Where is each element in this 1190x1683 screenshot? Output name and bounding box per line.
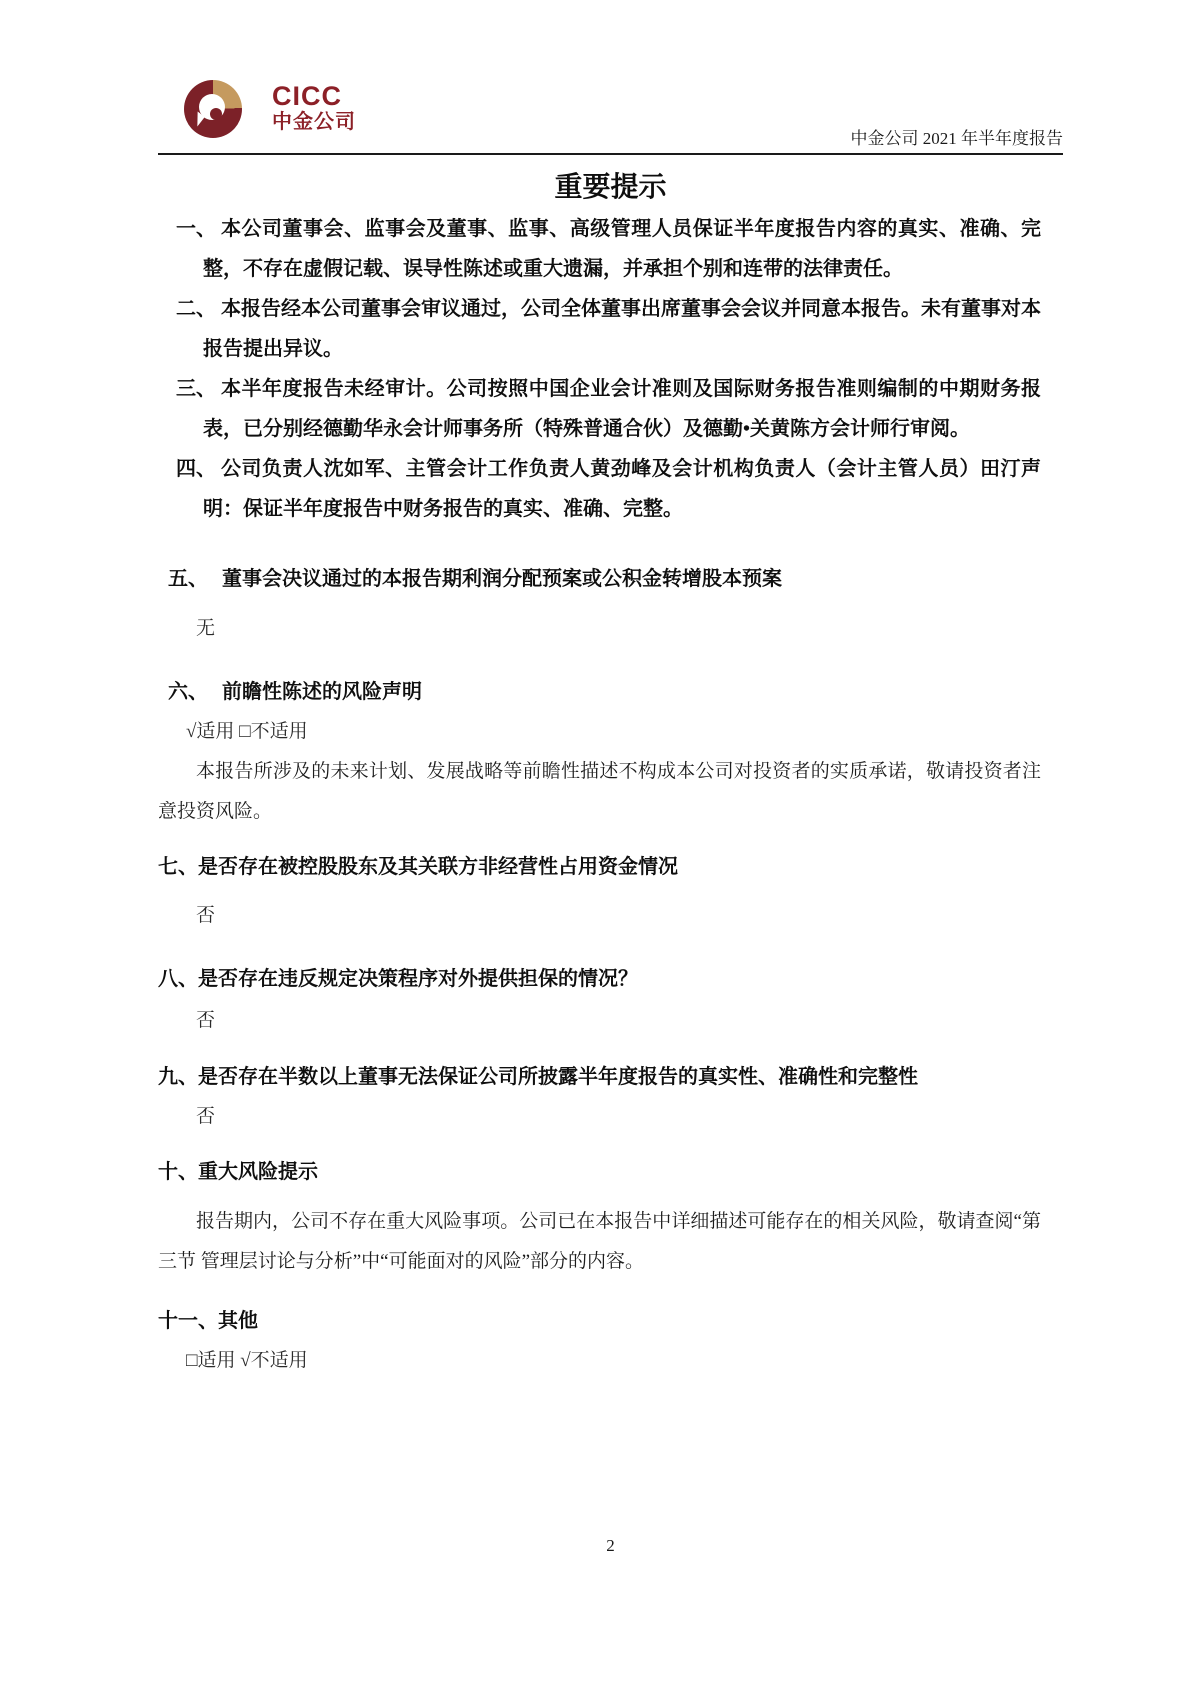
section-6-applicability: √适用 □不适用 xyxy=(158,712,1041,752)
footer: 2 xyxy=(158,1536,1063,1556)
section-4-text: 公司负责人沈如军、主管会计工作负责人黄劲峰及会计机构负责人（会计主管人员）田汀声… xyxy=(203,458,1041,520)
section-9-heading-line: 九、是否存在半数以上董事无法保证公司所披露半年度报告的真实性、准确性和完整性 xyxy=(158,1057,1041,1097)
section-11-applicability: □适用 √不适用 xyxy=(158,1341,1041,1381)
section-7: 七、是否存在被控股股东及其关联方非经营性占用资金情况 否 xyxy=(158,847,1041,936)
page-header: CICC 中金公司 中金公司 2021 年半年度报告 xyxy=(158,0,1063,155)
logo-company-name: 中金公司 xyxy=(272,111,356,134)
section-10-marker: 十、 xyxy=(158,1161,198,1183)
section-6-marker: 六、 xyxy=(168,681,208,703)
page-title: 重要提示 xyxy=(158,165,1063,209)
section-2-marker: 二、 xyxy=(176,289,216,329)
section-5-marker: 五、 xyxy=(168,568,208,590)
section-7-marker: 七、 xyxy=(158,856,198,878)
section-8: 八、是否存在违反规定决策程序对外提供担保的情况？ 否 xyxy=(158,959,1041,1041)
section-10: 十、重大风险提示 报告期内，公司不存在重大风险事项。公司已在本报告中详细描述可能… xyxy=(158,1152,1041,1282)
section-10-paragraph: 报告期内，公司不存在重大风险事项。公司已在本报告中详细描述可能存在的相关风险，敬… xyxy=(158,1202,1041,1282)
running-head-doc-title: 中金公司 2021 年半年度报告 xyxy=(851,124,1064,149)
section-9-body: 否 xyxy=(158,1097,1041,1137)
section-1-marker: 一、 xyxy=(176,209,216,249)
section-5-heading-line: 五、董事会决议通过的本报告期利润分配预案或公积金转增股本预案 xyxy=(158,559,1041,599)
section-5: 五、董事会决议通过的本报告期利润分配预案或公积金转增股本预案 无 xyxy=(158,559,1041,649)
section-1-text: 本公司董事会、监事会及董事、监事、高级管理人员保证半年度报告内容的真实、准确、完… xyxy=(203,218,1041,280)
page-body: 重要提示 一、 本公司董事会、监事会及董事、监事、高级管理人员保证半年度报告内容… xyxy=(158,157,1063,1381)
section-8-heading: 是否存在违反规定决策程序对外提供担保的情况？ xyxy=(198,968,638,990)
logo-acronym: CICC xyxy=(272,82,356,110)
report-page: CICC 中金公司 中金公司 2021 年半年度报告 重要提示 一、 本公司董事… xyxy=(0,0,1190,1683)
section-3-marker: 三、 xyxy=(176,369,216,409)
section-11-marker: 十一、 xyxy=(158,1310,218,1332)
section-7-heading: 是否存在被控股股东及其关联方非经营性占用资金情况 xyxy=(198,856,678,878)
section-11: 十一、其他 □适用 √不适用 xyxy=(158,1301,1041,1381)
section-11-heading: 其他 xyxy=(218,1310,258,1332)
logo-wordmark: CICC 中金公司 xyxy=(272,82,356,134)
section-6-heading: 前瞻性陈述的风险声明 xyxy=(222,681,422,703)
section-9: 九、是否存在半数以上董事无法保证公司所披露半年度报告的真实性、准确性和完整性 否 xyxy=(158,1057,1041,1137)
section-10-heading-line: 十、重大风险提示 xyxy=(158,1152,1041,1192)
section-9-heading: 是否存在半数以上董事无法保证公司所披露半年度报告的真实性、准确性和完整性 xyxy=(198,1066,918,1088)
section-5-heading: 董事会决议通过的本报告期利润分配预案或公积金转增股本预案 xyxy=(222,568,782,590)
header-rule xyxy=(158,153,1063,155)
section-2-text: 本报告经本公司董事会审议通过，公司全体董事出席董事会会议并同意本报告。未有董事对… xyxy=(203,298,1041,360)
cicc-logo-icon xyxy=(184,80,242,138)
section-6-heading-line: 六、前瞻性陈述的风险声明 xyxy=(158,672,1041,712)
section-8-body: 否 xyxy=(158,1001,1041,1041)
footer-page-number: 2 xyxy=(606,1536,615,1555)
section-8-heading-line: 八、是否存在违反规定决策程序对外提供担保的情况？ xyxy=(158,959,1041,999)
section-5-body: 无 xyxy=(158,609,1041,649)
section-6: 六、前瞻性陈述的风险声明 √适用 □不适用 本报告所涉及的未来计划、发展战略等前… xyxy=(158,672,1041,832)
section-2: 二、 本报告经本公司董事会审议通过，公司全体董事出席董事会会议并同意本报告。未有… xyxy=(158,289,1041,369)
section-1: 一、 本公司董事会、监事会及董事、监事、高级管理人员保证半年度报告内容的真实、准… xyxy=(158,209,1041,289)
section-8-marker: 八、 xyxy=(158,968,198,990)
section-7-heading-line: 七、是否存在被控股股东及其关联方非经营性占用资金情况 xyxy=(158,847,1041,887)
section-6-paragraph: 本报告所涉及的未来计划、发展战略等前瞻性描述不构成本公司对投资者的实质承诺，敬请… xyxy=(158,752,1041,832)
section-9-marker: 九、 xyxy=(158,1066,198,1088)
section-3: 三、 本半年度报告未经审计。公司按照中国企业会计准则及国际财务报告准则编制的中期… xyxy=(158,369,1041,449)
section-11-heading-line: 十一、其他 xyxy=(158,1301,1041,1341)
section-4: 四、 公司负责人沈如军、主管会计工作负责人黄劲峰及会计机构负责人（会计主管人员）… xyxy=(158,449,1041,529)
section-10-heading: 重大风险提示 xyxy=(198,1161,318,1183)
sections: 一、 本公司董事会、监事会及董事、监事、高级管理人员保证半年度报告内容的真实、准… xyxy=(158,209,1063,1381)
cicc-logo: CICC 中金公司 xyxy=(184,80,444,144)
section-4-marker: 四、 xyxy=(176,449,216,489)
section-3-text: 本半年度报告未经审计。公司按照中国企业会计准则及国际财务报告准则编制的中期财务报… xyxy=(203,378,1041,440)
section-7-body: 否 xyxy=(158,896,1041,936)
